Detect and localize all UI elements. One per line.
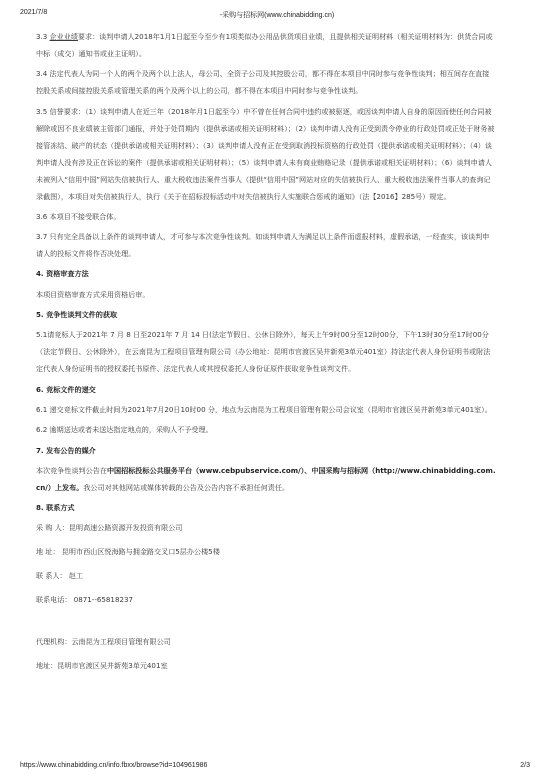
clause-6-2: 6.2 逾期送达或者未送达指定地点的，采购人不予受理。 [36, 421, 496, 438]
section-6-heading: 6. 竞标文件的递交 [36, 381, 496, 398]
page-number: 2/3 [520, 762, 530, 769]
section-8-heading: 8. 联系方式 [36, 499, 496, 516]
section-4-heading: 4. 资格审查方法 [36, 265, 496, 282]
contact-phone: 联系电话： 0871--65818237 [36, 591, 496, 608]
clause-3-4: 3.4 法定代表人为同一个人的两个及两个以上法人，母公司、全资子公司及其控股公司… [36, 65, 496, 99]
clause-3-7: 3.7 只有完全具备以上条件的谈判申请人，才可参与本次竞争性谈判。如谈判申请人为… [36, 228, 496, 262]
clause-3-5: 3.5 信誉要求：（1）谈判申请人在近三年（2018年月1日起至今）中不曾在任何… [36, 103, 496, 205]
spacer [36, 615, 496, 633]
clause-number: 3.3 [36, 32, 50, 41]
contact-buyer: 采 购 人：昆明高速公路资源开发投资有限公司 [36, 519, 496, 536]
print-header-title: -采购与招标网(www.chinabidding.cn) [0, 10, 554, 20]
contact-info: 采 购 人：昆明高速公路资源开发投资有限公司 地 址： 昆明市西山区悦海路与拥金… [36, 519, 496, 674]
media-disclaimer: 我公司对其他网站或媒体转载的公告及公告内容不承担任何责任。 [83, 483, 289, 492]
clause-6-1: 6.1 递交竞标文件截止时间为2021年7月20日10时00 分，地点为云南昆为… [36, 401, 496, 418]
contact-person: 联 系人： 赵工 [36, 567, 496, 584]
section-5-heading: 5. 竞争性谈判文件的获取 [36, 306, 496, 323]
clause-3-6: 3.6 本项目不接受联合体。 [36, 208, 496, 225]
clause-5-1: 5.1请竞标人于2021年 7 月 8 日至2021年 7 月 14 日(法定节… [36, 326, 496, 377]
underlined-term: 企业业绩 [50, 32, 78, 41]
contact-address: 地 址： 昆明市西山区悦海路与拥金路交叉口5层办公楼5楼 [36, 543, 496, 560]
section-7-heading: 7. 发布公告的媒介 [36, 442, 496, 459]
contact-agency: 代理机构：云南昆为工程项目管理有限公司 [36, 633, 496, 650]
section-4-text: 本项目资格审查方式采用资格后审。 [36, 286, 496, 303]
section-7-text: 本次竞争性谈判公告在中国招标投标公共服务平台（www.cebpubservice… [36, 462, 496, 496]
contact-agency-address: 地址：昆明市官渡区吴井新苑3单元401室 [36, 657, 496, 674]
document-body: 3.3 企业业绩要求：谈判申请人2018年1月1日起至今至少有1项类似办公用品供… [36, 28, 496, 681]
media-prefix: 本次竞争性谈判公告在 [36, 466, 107, 475]
print-footer-url: https://www.chinabidding.cn/info.fbxx/br… [20, 762, 207, 769]
clause-3-3: 3.3 企业业绩要求：谈判申请人2018年1月1日起至今至少有1项类似办公用品供… [36, 28, 496, 62]
clause-text: 要求：谈判申请人2018年1月1日起至今至少有1项类似办公用品供货项目业绩，且提… [36, 32, 493, 58]
